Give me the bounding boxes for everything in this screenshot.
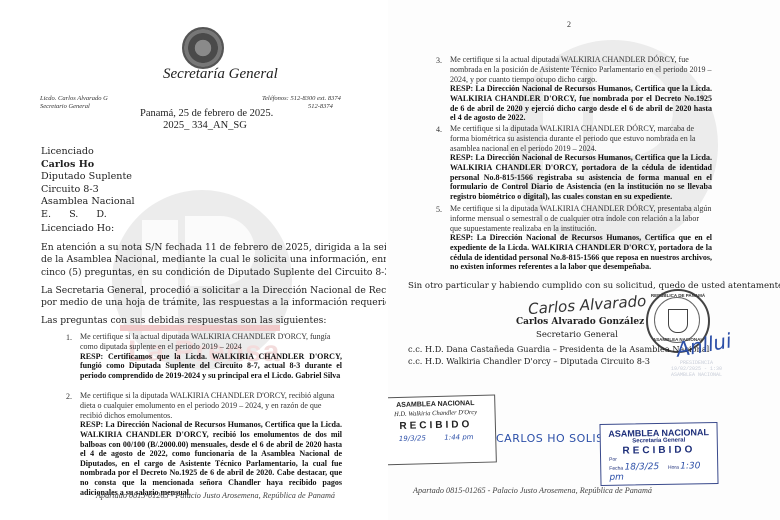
- recipient-block: Licenciado Carlos Ho Diputado Suplente C…: [41, 146, 135, 222]
- question-number: 2.: [66, 392, 72, 401]
- sender-block: Licdo. Carlos Alvarado G Secretario Gene…: [40, 95, 108, 111]
- sender-title: Secretario General: [40, 103, 108, 111]
- signatory-name: Carlos Alvarado González: [516, 317, 644, 327]
- question-3: Me certifique si la actual diputada WALK…: [450, 55, 712, 123]
- esd-line: E.S.D.: [41, 209, 135, 222]
- paragraph-2-line: por medio de una hoja de trámite, las re…: [41, 297, 386, 309]
- paragraph-1-line: de la Asamblea Nacional, mediante la cua…: [41, 254, 386, 266]
- phones-line-1: Teléfonos: 512-8300 ext. 8374: [262, 95, 341, 103]
- question-text: Me certifique si la diputada WALKIRIA CH…: [450, 204, 712, 233]
- esd-e: E.: [41, 209, 51, 220]
- letter-date: Panamá, 25 de febrero de 2025.: [140, 108, 260, 120]
- question-5: Me certifique si la diputada WALKIRIA CH…: [450, 204, 712, 272]
- question-text: Me certifique si la diputada WALKIRIA CH…: [80, 391, 342, 420]
- sender-name: Licdo. Carlos Alvarado G: [40, 95, 108, 103]
- cc-line: c.c. H.D. Walkiria Chandler D'orcy – Dip…: [408, 355, 709, 367]
- handwritten-note: CARLOS HO SOLIS: [496, 432, 604, 445]
- recipient-line-1: Licenciado: [41, 146, 135, 159]
- question-text: Me certifique si la actual diputada WALK…: [450, 55, 712, 84]
- question-number: 5.: [436, 205, 442, 214]
- received-stamp-deputy: ASAMBLEA NACIONAL H.D. Walkiria Chandler…: [388, 394, 497, 465]
- paragraph-2: La Secretaria General, procedió a solici…: [41, 285, 386, 310]
- question-4: Me certifique si la diputada WALKIRIA CH…: [450, 124, 712, 201]
- stamp-date: 18/3/25: [624, 462, 659, 473]
- date-block: Panamá, 25 de febrero de 2025. 2025_ 334…: [150, 108, 260, 132]
- paragraph-1: En atención a su nota S/N fechada 11 de …: [41, 242, 386, 279]
- paragraph-1-line: En atención a su nota S/N fechada 11 de …: [41, 242, 386, 254]
- phones-block: Teléfonos: 512-8300 ext. 8374 512-8374: [262, 95, 341, 111]
- stamp-subheader: H.D. Walkiria Chandler D'Orcy: [388, 408, 495, 418]
- received-stamp-secretaria: ASAMBLEA NACIONAL Secretaría General REC…: [599, 422, 718, 486]
- question-number: 4.: [436, 125, 442, 134]
- cc-list: c.c. H.D. Dana Castañeda Guardia – Presi…: [408, 343, 709, 368]
- question-number: 1.: [66, 333, 72, 342]
- recipient-name: Carlos Ho: [41, 159, 94, 170]
- signatory-title: Secretario General: [536, 330, 618, 340]
- response-text: RESP: La Dirección Nacional de Recursos …: [80, 420, 342, 497]
- stamp-date-time: 19/3/25 1:44 pm: [388, 432, 495, 443]
- response-text: RESP: Certificamos que la Licda. WALKIRI…: [80, 352, 342, 381]
- recipient-line-4: Circuito 8-3: [41, 184, 135, 197]
- question-text: Me certifique si la actual diputada WALK…: [80, 332, 342, 352]
- asamblea-nacional-seal-icon: [182, 27, 224, 69]
- esd-d: D.: [96, 209, 106, 220]
- office-title: Secretaría General: [163, 66, 278, 83]
- response-text: RESP: La Dirección Nacional de Recursos …: [450, 84, 712, 122]
- handwritten-signature: Carlos Alvarado: [528, 292, 647, 318]
- paragraph-3: Las preguntas con sus debidas respuestas…: [41, 315, 326, 327]
- letter-reference: 2025_ 334_AN_SG: [150, 120, 260, 132]
- faint-presidency-stamp: PRESIDENCIA 19/02/2025 - 1:30 ASAMBLEA N…: [671, 360, 722, 378]
- question-number: 3.: [436, 56, 442, 65]
- salutation: Licenciado Ho:: [41, 223, 114, 235]
- paragraph-1-line: cinco (5) preguntas, en su condición de …: [41, 267, 386, 279]
- question-text: Me certifique si la diputada WALKIRIA CH…: [450, 124, 712, 153]
- closing-line: Sin otro particular y habiendo cumplido …: [408, 281, 780, 291]
- stamp-fecha-label: Fecha: [609, 466, 623, 472]
- footer-address: Apartado 0815-01265 - Palacio Justo Aros…: [96, 491, 335, 500]
- stamp-label: RECIBIDO: [388, 418, 495, 432]
- stamp-date: 19/3/25: [399, 434, 426, 443]
- recipient-line-3: Diputado Suplente: [41, 171, 135, 184]
- faint-stamp-line: ASAMBLEA NACIONAL: [671, 372, 722, 378]
- esd-s: S.: [69, 209, 78, 220]
- seal-top-text: REPÚBLICA DE PANAMÁ: [648, 293, 708, 298]
- recipient-line-5: Asamblea Nacional: [41, 196, 135, 209]
- page-number: 2: [567, 20, 571, 29]
- letter-page-2: 2 3. Me certifique si la actual diputada…: [388, 0, 780, 520]
- question-1: Me certifique si la actual diputada WALK…: [80, 332, 342, 380]
- letter-page-1: La Prensa Secretaría General Licdo. Carl…: [0, 0, 388, 520]
- paragraph-2-line: La Secretaria General, procedió a solici…: [41, 285, 386, 297]
- response-text: RESP: La Dirección Nacional de Recursos …: [450, 153, 712, 201]
- cc-line: c.c. H.D. Dana Castañeda Guardia – Presi…: [408, 343, 709, 355]
- question-2: Me certifique si la diputada WALKIRIA CH…: [80, 391, 342, 497]
- phones-line-2: 512-8374: [262, 103, 341, 111]
- stamp-hora-label: Hora: [668, 465, 679, 471]
- response-text: RESP: La Dirección Nacional de Recursos …: [450, 233, 712, 271]
- footer-address: Apartado 0815-01265 - Palacio Justo Aros…: [413, 486, 652, 495]
- stamp-time: 1:44 pm: [444, 433, 473, 442]
- stamp-fecha-row: Fecha 18/3/25 Hora 1:30 pm: [601, 461, 717, 483]
